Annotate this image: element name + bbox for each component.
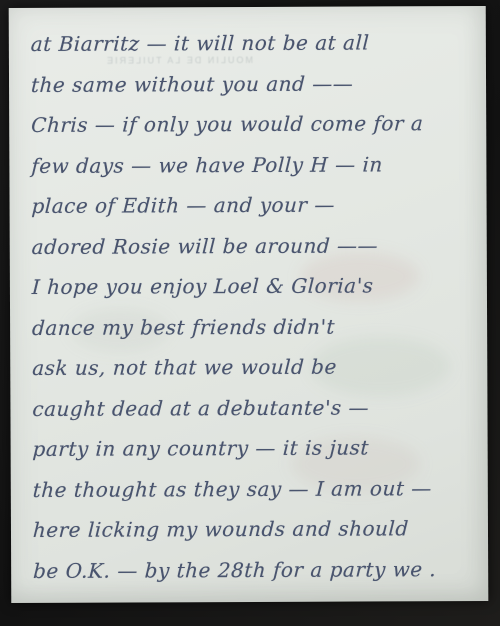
letter-line-6: adored Rosie will be around —— bbox=[31, 225, 473, 267]
letter-line-3: Chris — if only you would come for a bbox=[30, 103, 472, 145]
letter-line-12: the thought as they say — I am out — bbox=[32, 468, 474, 510]
letter-line-2: the same without you and —— bbox=[30, 63, 472, 105]
letter-line-8: dance my best friends didn't bbox=[31, 306, 473, 348]
letter-page: MOULIN DE LA TUILERIE at Biarritz — it w… bbox=[9, 6, 489, 603]
letter-line-4: few days — we have Polly H — in bbox=[30, 144, 472, 186]
letter-line-9: ask us, not that we would be bbox=[31, 346, 473, 388]
photo-background: MOULIN DE LA TUILERIE at Biarritz — it w… bbox=[0, 0, 500, 626]
letter-line-5: place of Edith — and your — bbox=[31, 184, 473, 226]
letter-line-7: I hope you enjoy Loel & Gloria's bbox=[31, 265, 473, 307]
letter-line-10: caught dead at a debutante's — bbox=[31, 387, 473, 429]
letter-line-11: party in any country — it is just bbox=[32, 427, 474, 469]
handwritten-text-block: at Biarritz — it will not be at all the … bbox=[31, 22, 473, 591]
letter-line-1: at Biarritz — it will not be at all bbox=[30, 22, 472, 64]
letter-line-14: be O.K. — by the 28th for a party we . bbox=[32, 549, 474, 591]
letter-line-13: here licking my wounds and should bbox=[32, 508, 474, 550]
